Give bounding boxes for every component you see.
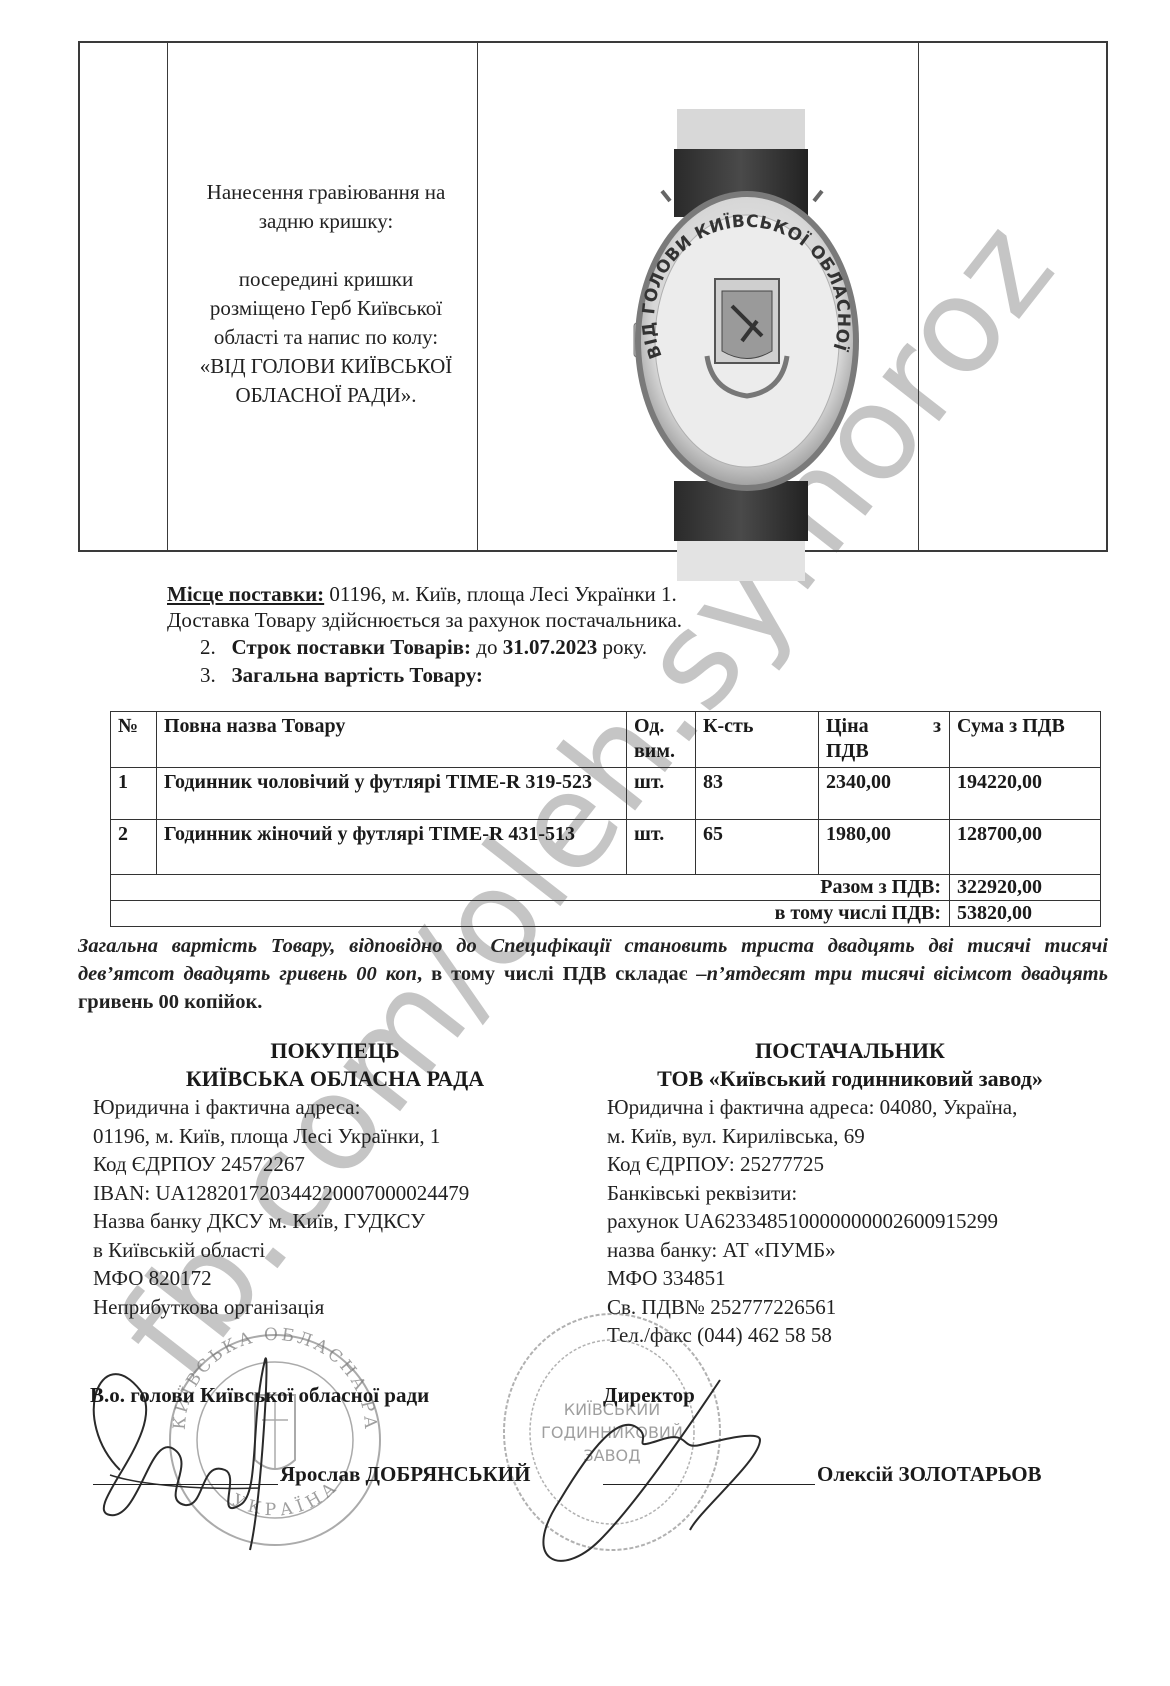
row-name: Годинник чоловічий у футлярі TIME-R 319-…: [157, 768, 627, 820]
vat-label: в тому числі ПДВ:: [111, 901, 950, 927]
supplier-detail-line: МФО 334851: [607, 1264, 1017, 1293]
header-num: №: [111, 712, 157, 768]
supplier-detail-line: Банківські реквізити:: [607, 1179, 1017, 1208]
header-sum: Сума з ПДВ: [950, 712, 1101, 768]
specification-table: Нанесення гравіювання на задню кришку: п…: [78, 41, 1108, 552]
row-num: 1: [111, 768, 157, 820]
total-label: Разом з ПДВ:: [111, 875, 950, 901]
delivery-cost-note: Доставка Товару здійснюється за рахунок …: [167, 607, 682, 633]
delivery-place: Місце поставки: 01196, м. Київ, площа Ле…: [167, 581, 677, 607]
description-line: посередині кришки: [172, 265, 480, 294]
row-num: 2: [111, 820, 157, 875]
delivery-term-tail: року.: [597, 635, 647, 659]
buyer-detail-line: в Київській області: [93, 1236, 469, 1265]
delivery-date: 31.07.2023: [503, 635, 598, 659]
vat-value: 53820,00: [950, 901, 1101, 927]
header-unit: Од. вим.: [627, 712, 696, 768]
supplier-detail-line: Код ЄДРПОУ: 25277725: [607, 1150, 1017, 1179]
summary-part: гривень 00 копійок.: [78, 991, 262, 1013]
item-number: 3.: [200, 663, 216, 687]
total-value: 322920,00: [950, 875, 1101, 901]
buyer-signature-line: [93, 1484, 278, 1485]
supplier-role: ПОСТАЧАЛЬНИК: [600, 1037, 1100, 1065]
row-qty: 83: [696, 768, 819, 820]
header-price-prep: з: [933, 714, 941, 739]
supplier-name: ТОВ «Київський годинниковий завод»: [600, 1065, 1100, 1093]
row-sum: 194220,00: [950, 768, 1101, 820]
watch-image: ВІД ГОЛОВИ КИЇВСЬКОЇ ОБЛАСНОЇ РАДИ: [582, 91, 912, 591]
total-cost-heading: 3. Загальна вартість Товару:: [200, 662, 483, 688]
table-row: 1 Годинник чоловічий у футлярі TIME-R 31…: [111, 768, 1101, 820]
summary-part: , в тому числі ПДВ складає: [417, 963, 696, 985]
header-price-vat: ПДВ: [826, 739, 941, 764]
supplier-detail-line: м. Київ, вул. Кирилівська, 69: [607, 1122, 1017, 1151]
watch-back-icon: ВІД ГОЛОВИ КИЇВСЬКОЇ ОБЛАСНОЇ РАДИ: [582, 91, 912, 591]
supplier-detail-line: назва банку: АТ «ПУМБ»: [607, 1236, 1017, 1265]
supplier-detail-line: Юридична і фактична адреса: 04080, Украї…: [607, 1093, 1017, 1122]
engraving-description: Нанесення гравіювання на задню кришку: п…: [172, 178, 480, 410]
delivery-term: 2. Строк поставки Товарів: до 31.07.2023…: [200, 634, 647, 660]
row-name: Годинник жіночий у футлярі TIME-R 431-51…: [157, 820, 627, 875]
total-cost-label: Загальна вартість Товару:: [232, 663, 483, 687]
header-price-word: Ціна: [826, 714, 869, 739]
buyer-detail-line: Код ЄДРПОУ 24572267: [93, 1150, 469, 1179]
row-sum: 128700,00: [950, 820, 1101, 875]
item-number: 2.: [200, 635, 216, 659]
supplier-signatory-title: Директор: [603, 1383, 695, 1408]
spec-column-divider: [918, 43, 919, 550]
description-line: «ВІД ГОЛОВИ КИЇВСЬКОЇ: [172, 352, 480, 381]
stamp-text: ЗАВОД: [583, 1446, 640, 1465]
description-line: розміщено Герб Київської: [172, 294, 480, 323]
buyer-detail-line: МФО 820172: [93, 1264, 469, 1293]
description-line: задню кришку:: [172, 207, 480, 236]
buyer-details: Юридична і фактична адреса: 01196, м. Ки…: [93, 1093, 469, 1321]
buyer-heading: ПОКУПЕЦЬ КИЇВСЬКА ОБЛАСНА РАДА: [150, 1037, 520, 1093]
buyer-name: КИЇВСЬКА ОБЛАСНА РАДА: [150, 1065, 520, 1093]
delivery-term-label: Строк поставки Товарів:: [232, 635, 472, 659]
spec-column-divider: [167, 43, 168, 550]
buyer-detail-line: Назва банку ДКСУ м. Київ, ГУДКСУ: [93, 1207, 469, 1236]
header-qty: К-сть: [696, 712, 819, 768]
delivery-term-prep: до: [471, 635, 503, 659]
row-qty: 65: [696, 820, 819, 875]
buyer-signatory-name: Ярослав ДОБРЯНСЬКИЙ: [280, 1462, 530, 1487]
buyer-detail-line: 01196, м. Київ, площа Лесі Українки, 1: [93, 1122, 469, 1151]
row-price: 1980,00: [819, 820, 950, 875]
supplier-signatory-name: Олексій ЗОЛОТАРЬОВ: [817, 1462, 1042, 1487]
buyer-detail-line: IBAN: UA128201720344220007000024479: [93, 1179, 469, 1208]
summary-part: –п’ятдесят три тисячі вісімсот двадцять: [696, 963, 1108, 985]
total-row: Разом з ПДВ: 322920,00: [111, 875, 1101, 901]
table-row: 2 Годинник жіночий у футлярі TIME-R 431-…: [111, 820, 1101, 875]
header-name: Повна назва Товару: [157, 712, 627, 768]
supplier-heading: ПОСТАЧАЛЬНИК ТОВ «Київський годинниковий…: [600, 1037, 1100, 1093]
buyer-role: ПОКУПЕЦЬ: [150, 1037, 520, 1065]
row-price: 2340,00: [819, 768, 950, 820]
delivery-place-label: Місце поставки:: [167, 582, 324, 606]
description-line: ОБЛАСНОЇ РАДИ».: [172, 381, 480, 410]
description-line: Нанесення гравіювання на: [172, 178, 480, 207]
description-line: області та напис по колу:: [172, 323, 480, 352]
total-cost-in-words: Загальна вартість Товару, відповідно до …: [78, 932, 1108, 1016]
svg-text:КИЇВСЬКА ОБЛАСНА РАДА: КИЇВСЬКА ОБЛАСНА РАДА: [0, 1300, 380, 1432]
buyer-signatory-title: В.о. голови Київської обласної ради: [90, 1383, 429, 1408]
supplier-signature-line: [603, 1484, 815, 1485]
price-table: № Повна назва Товару Од. вим. К-сть Ціна…: [110, 711, 1101, 927]
delivery-place-value: 01196, м. Київ, площа Лесі Українки 1.: [324, 582, 677, 606]
header-price: Ціназ ПДВ: [819, 712, 950, 768]
buyer-detail-line: Юридична і фактична адреса:: [93, 1093, 469, 1122]
row-unit: шт.: [627, 768, 696, 820]
vat-row: в тому числі ПДВ: 53820,00: [111, 901, 1101, 927]
row-unit: шт.: [627, 820, 696, 875]
table-header-row: № Повна назва Товару Од. вим. К-сть Ціна…: [111, 712, 1101, 768]
supplier-detail-line: рахунок UA623348510000000002600915299: [607, 1207, 1017, 1236]
